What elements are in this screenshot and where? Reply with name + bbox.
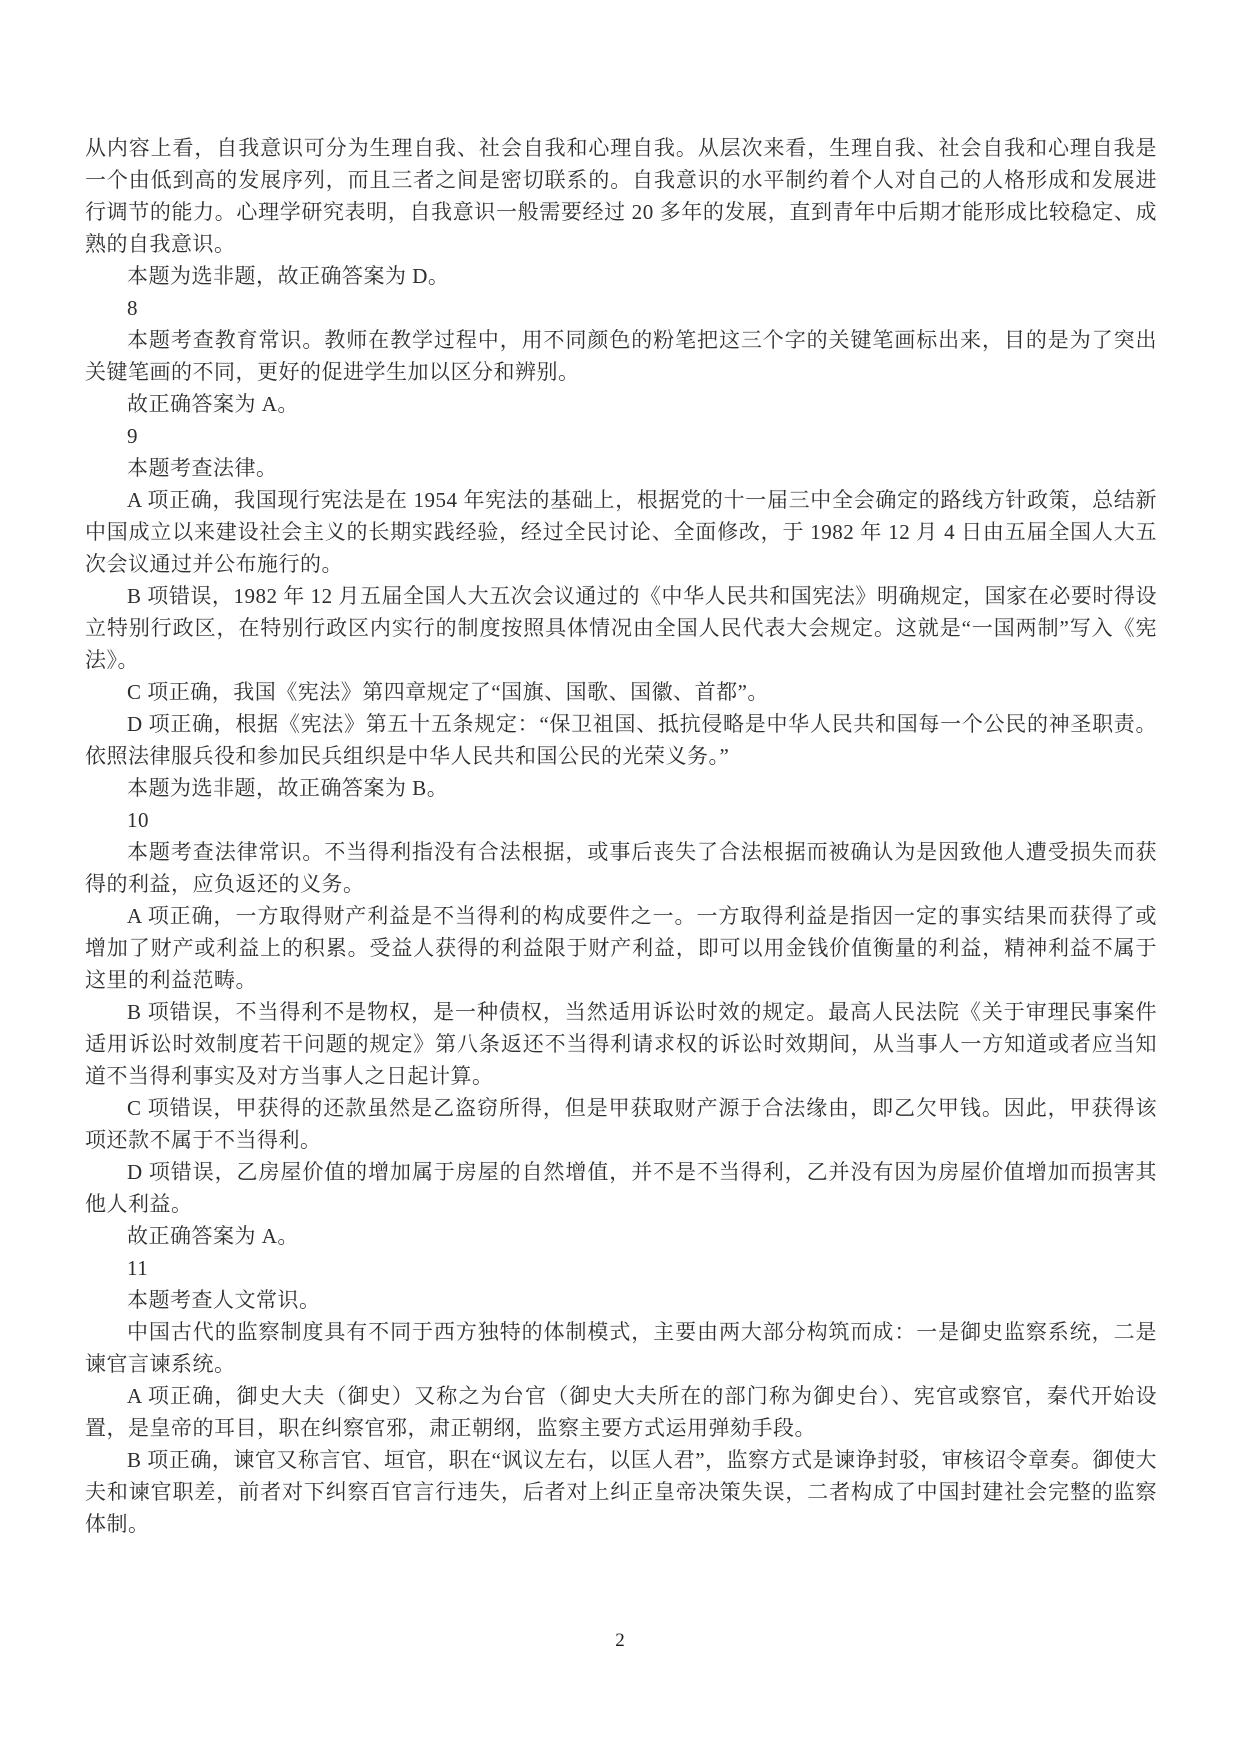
- paragraph: 本题考查人文常识。: [85, 1284, 1157, 1316]
- page-number: 2: [0, 1630, 1240, 1652]
- question-number: 8: [85, 292, 1157, 324]
- question-number: 10: [85, 804, 1157, 836]
- answer-line: 故正确答案为 A。: [85, 1220, 1157, 1252]
- option-a-explanation: A 项正确，我国现行宪法是在 1954 年宪法的基础上，根据党的十一届三中全会确…: [85, 484, 1157, 580]
- paragraph: 中国古代的监察制度具有不同于西方独特的体制模式，主要由两大部分构筑而成：一是御史…: [85, 1316, 1157, 1380]
- paragraph: 从内容上看，自我意识可分为生理自我、社会自我和心理自我。从层次来看，生理自我、社…: [85, 132, 1157, 260]
- option-b-explanation: B 项错误，1982 年 12 月五届全国人大五次会议通过的《中华人民共和国宪法…: [85, 580, 1157, 676]
- option-b-explanation: B 项正确，谏官又称言官、垣官，职在“讽议左右，以匡人君”，监察方式是谏诤封驳，…: [85, 1444, 1157, 1540]
- question-number: 11: [85, 1252, 1157, 1284]
- option-c-explanation: C 项正确，我国《宪法》第四章规定了“国旗、国歌、国徽、首都”。: [85, 676, 1157, 708]
- answer-line: 本题为选非题，故正确答案为 B。: [85, 772, 1157, 804]
- paragraph: 本题考查法律常识。不当得利指没有合法根据，或事后丧失了合法根据而被确认为是因致他…: [85, 836, 1157, 900]
- option-a-explanation: A 项正确，一方取得财产利益是不当得利的构成要件之一。一方取得利益是指因一定的事…: [85, 900, 1157, 996]
- option-c-explanation: C 项错误，甲获得的还款虽然是乙盗窃所得，但是甲获取财产源于合法缘由，即乙欠甲钱…: [85, 1092, 1157, 1156]
- paragraph: 本题考查教育常识。教师在教学过程中，用不同颜色的粉笔把这三个字的关键笔画标出来，…: [85, 324, 1157, 388]
- option-a-explanation: A 项正确，御史大夫（御史）又称之为台官（御史大夫所在的部门称为御史台）、宪官或…: [85, 1380, 1157, 1444]
- answer-line: 故正确答案为 A。: [85, 388, 1157, 420]
- paragraph: 本题考查法律。: [85, 452, 1157, 484]
- question-number: 9: [85, 420, 1157, 452]
- option-b-explanation: B 项错误，不当得利不是物权，是一种债权，当然适用诉讼时效的规定。最高人民法院《…: [85, 996, 1157, 1092]
- option-d-explanation: D 项错误，乙房屋价值的增加属于房屋的自然增值，并不是不当得利，乙并没有因为房屋…: [85, 1156, 1157, 1220]
- option-d-explanation: D 项正确，根据《宪法》第五十五条规定：“保卫祖国、抵抗侵略是中华人民共和国每一…: [85, 708, 1157, 772]
- document-page: 从内容上看，自我意识可分为生理自我、社会自我和心理自我。从层次来看，生理自我、社…: [0, 0, 1240, 1754]
- answer-line: 本题为选非题，故正确答案为 D。: [85, 260, 1157, 292]
- document-body: 从内容上看，自我意识可分为生理自我、社会自我和心理自我。从层次来看，生理自我、社…: [85, 132, 1157, 1540]
